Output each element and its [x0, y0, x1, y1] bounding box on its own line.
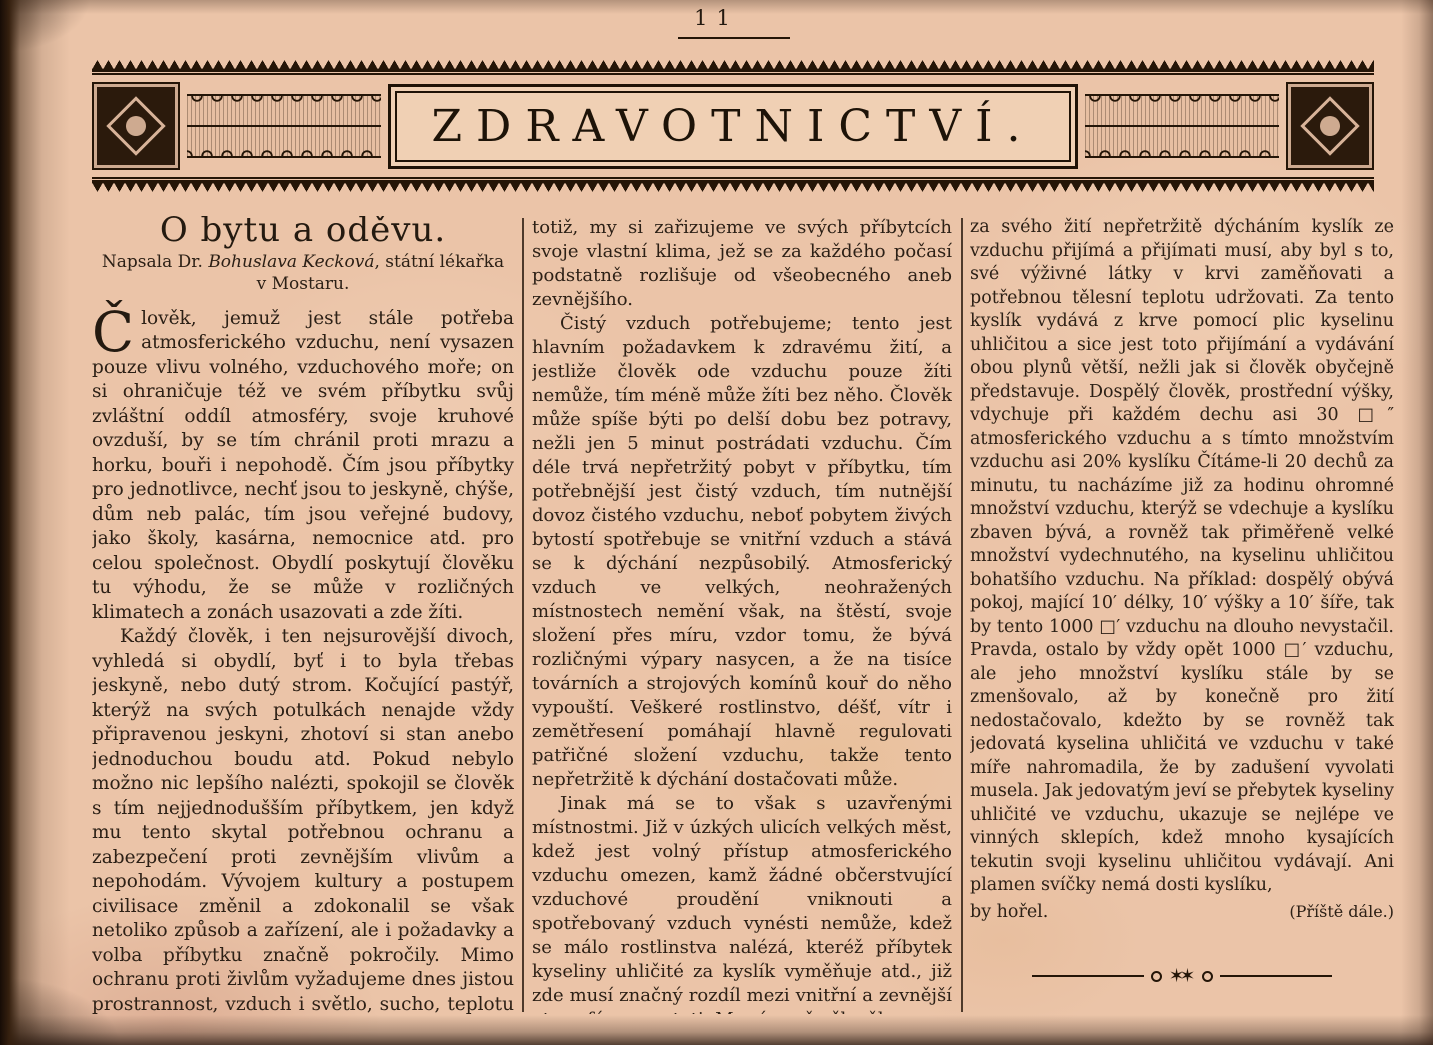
divider-star-ornament: ✶✶ [1169, 965, 1196, 989]
article-title: O bytu a oděvu. [92, 218, 514, 243]
byline-prefix: Napsala Dr. [102, 252, 208, 272]
paragraph: totiž, my si zařizujeme ve svých příbytc… [532, 216, 952, 312]
section-banner: ZDRAVOTNICTVÍ. [92, 60, 1374, 192]
banner-band: ZDRAVOTNICTVÍ. [92, 78, 1374, 174]
banner-right-pattern-strip [1085, 94, 1279, 158]
divider-rule-right [1220, 975, 1332, 977]
banner-left-corner-ornament [92, 82, 180, 170]
closing-words: by hořel. [970, 901, 1048, 925]
column-1: O bytu a oděvu. Napsala Dr. Bohuslava Ke… [92, 216, 514, 1014]
paragraph: Jinak má se to však s uzavřenými místnos… [532, 792, 952, 1014]
scanned-newspaper-page: 11 ZDRAVOTNICTVÍ. O bytu a oděvu. Napsal… [0, 0, 1433, 1045]
paragraph: Čistý vzduch potřebujeme; tento jest hla… [532, 312, 952, 792]
column-rule-1 [522, 218, 524, 1012]
byline-suffix: , státní lékařka [374, 252, 504, 272]
banner-title-box: ZDRAVOTNICTVÍ. [388, 84, 1077, 169]
to-be-continued-note: (Příště dále.) [1289, 900, 1394, 924]
paragraph-text: lověk, jemuž jest stále potřeba atmosfer… [92, 308, 514, 623]
article-byline: Napsala Dr. Bohuslava Kecková, státní lé… [92, 251, 514, 295]
paragraph: Člověk, jemuž jest stále potřeba atmosfe… [92, 307, 514, 626]
column-2: totiž, my si zařizujeme ve svých příbytc… [532, 216, 952, 1014]
drop-cap-initial: Č [92, 307, 141, 354]
byline-location: v Mostaru. [257, 274, 350, 294]
byline-author: Bohuslava Kecková [208, 252, 374, 272]
article-body: O bytu a oděvu. Napsala Dr. Bohuslava Ke… [92, 216, 1392, 1016]
paragraph: za svého žití nepřetržitě dýcháním kyslí… [970, 216, 1394, 898]
banner-left-pattern-strip [187, 94, 381, 158]
closing-line: by hořel. (Příště dále.) [970, 900, 1394, 925]
divider-ring-left [1151, 971, 1162, 982]
column-3: za svého žití nepřetržitě dýcháním kyslí… [970, 216, 1394, 1014]
page-number-rule [678, 37, 790, 39]
divider-rule-left [1032, 975, 1144, 977]
banner-bottom-fringe-ornament [92, 177, 1374, 192]
banner-top-fringe-ornament [92, 60, 1374, 75]
banner-right-corner-ornament [1286, 82, 1374, 170]
paragraph: Každý člověk, i ten nejsurovější divoch,… [92, 625, 514, 1014]
divider-ring-right [1202, 971, 1213, 982]
column-rule-2 [961, 218, 963, 1012]
section-title: ZDRAVOTNICTVÍ. [431, 101, 1034, 152]
page-number: 11 [0, 6, 1433, 30]
end-of-article-divider: ✶✶ [1032, 965, 1332, 989]
